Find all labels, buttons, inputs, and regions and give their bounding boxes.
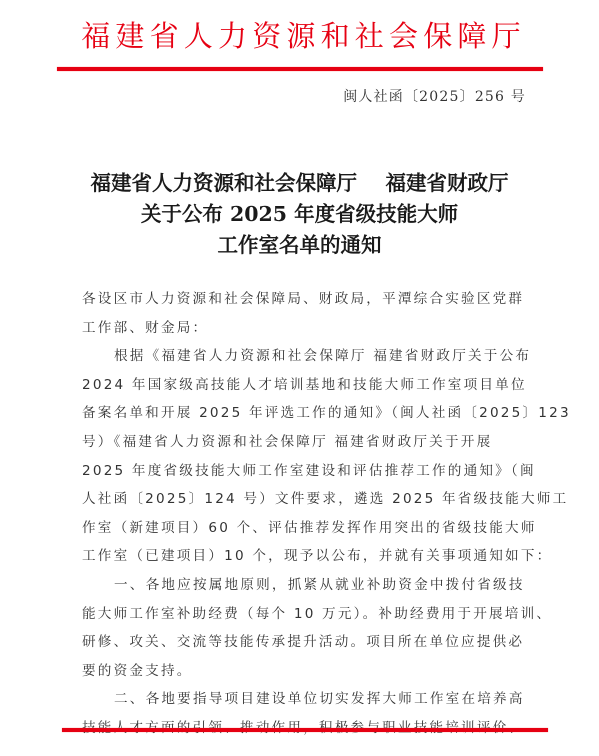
letterhead-red-rule: [57, 67, 543, 71]
salutation-line: 各设区市人力资源和社会保障局、财政局，平潭综合实验区党群: [82, 285, 532, 314]
document-title: 福建省人力资源和社会保障厅 福建省财政厅 关于公布 2025 年度省级技能大师 …: [0, 168, 599, 261]
document-page: 福建省人力资源和社会保障厅 闽人社函〔2025〕256 号 福建省人力资源和社会…: [0, 0, 599, 756]
body-paragraph-line: 号）《福建省人力资源和社会保障厅 福建省财政厅关于开展: [82, 428, 532, 457]
document-title-line: 关于公布 2025 年度省级技能大师: [0, 199, 599, 230]
document-title-line: 福建省人力资源和社会保障厅 福建省财政厅: [0, 168, 599, 199]
footer-red-rule: [62, 728, 548, 732]
body-paragraph-line: 根据《福建省人力资源和社会保障厅 福建省财政厅关于公布: [82, 342, 532, 371]
item-one-line: 要的资金支持。: [82, 657, 532, 686]
item-one-line: 能大师工作室补助经费（每个 10 万元）。补助经费用于开展培训、: [82, 600, 532, 629]
document-body: 各设区市人力资源和社会保障局、财政局，平潭综合实验区党群 工作部、财金局： 根据…: [82, 285, 532, 743]
salutation-line: 工作部、财金局：: [82, 314, 532, 343]
body-paragraph-line: 备案名单和开展 2025 年评选工作的通知》（闽人社函〔2025〕123: [82, 399, 532, 428]
body-paragraph-line: 2025 年度省级技能大师工作室建设和评估推荐工作的通知》（闽: [82, 457, 532, 486]
body-paragraph-line: 作室（新建项目）60 个、评估推荐发挥作用突出的省级技能大师: [82, 514, 532, 543]
item-one-line: 一、各地应按属地原则，抓紧从就业补助资金中拨付省级技: [82, 571, 532, 600]
document-title-line: 工作室名单的通知: [0, 230, 599, 261]
body-paragraph-line: 人社函〔2025〕124 号）文件要求，遴选 2025 年省级技能大师工: [82, 485, 532, 514]
body-paragraph-line: 工作室（已建项目）10 个，现予以公布，并就有关事项通知如下：: [82, 542, 532, 571]
document-number: 闽人社函〔2025〕256 号: [343, 86, 526, 108]
item-one-line: 研修、攻关、交流等技能传承提升活动。项目所在单位应提供必: [82, 628, 532, 657]
body-paragraph-line: 2024 年国家级高技能人才培训基地和技能大师工作室项目单位: [82, 371, 532, 400]
letterhead-title: 福建省人力资源和社会保障厅: [0, 16, 599, 56]
item-two-line: 二、各地要指导项目建设单位切实发挥大师工作室在培养高: [82, 685, 532, 714]
